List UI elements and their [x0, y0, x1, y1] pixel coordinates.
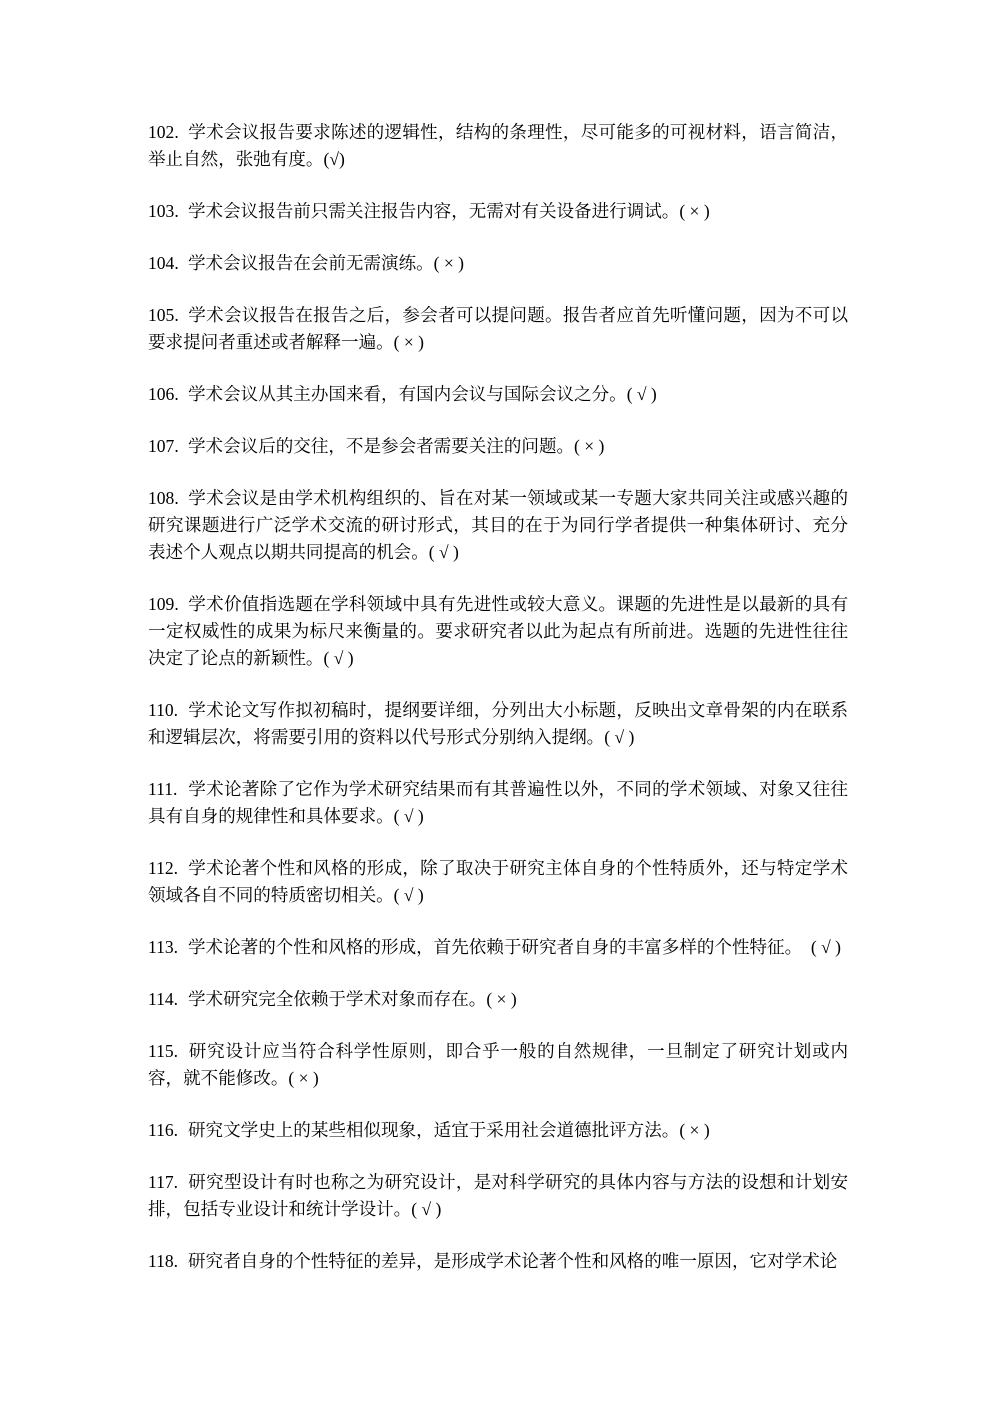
question-text: 学术论文写作拟初稿时，提纲要详细，分列出大小标题，反映出文章骨架的内在联系和逻辑…	[148, 700, 848, 747]
question-item-116: 116.研究文学史上的某些相似现象，适宜于采用社会道德批评方法。( × )	[148, 1117, 848, 1144]
answer-mark: ( √ )	[429, 542, 459, 562]
question-item-104: 104.学术会议报告在会前无需演练。( × )	[148, 250, 848, 277]
question-number: 107.	[148, 433, 188, 460]
question-number: 106.	[148, 381, 188, 408]
question-number: 113.	[148, 934, 188, 961]
question-item-109: 109.学术价值指选题在学科领域中具有先进性或较大意义。课题的先进性是以最新的具…	[148, 591, 848, 672]
question-number: 104.	[148, 250, 188, 277]
question-item-102: 102.学术会议报告要求陈述的逻辑性，结构的条理性，尽可能多的可视材料，语言简洁…	[148, 119, 848, 173]
answer-mark: ( × )	[394, 332, 424, 352]
question-item-118: 118.研究者自身的个性特征的差异，是形成学术论著个性和风格的唯一原因，它对学术…	[148, 1248, 848, 1275]
question-number: 114.	[148, 986, 188, 1013]
document-page: 102.学术会议报告要求陈述的逻辑性，结构的条理性，尽可能多的可视材料，语言简洁…	[148, 119, 848, 1275]
answer-mark: ( × )	[434, 253, 464, 273]
answer-mark: ( √ )	[627, 384, 657, 404]
question-text: 研究型设计有时也称之为研究设计，是对科学研究的具体内容与方法的设想和计划安排，包…	[148, 1172, 848, 1219]
question-text: 学术论著的个性和风格的形成，首先依赖于研究者自身的丰富多样的个性特征。	[188, 937, 793, 957]
question-item-103: 103.学术会议报告前只需关注报告内容，无需对有关设备进行调试。( × )	[148, 198, 848, 225]
question-text: 学术会议报告要求陈述的逻辑性，结构的条理性，尽可能多的可视材料，语言简洁，举止自…	[148, 122, 848, 169]
question-number: 115.	[148, 1038, 188, 1065]
question-text: 学术会议从其主办国来看，有国内会议与国际会议之分。	[188, 384, 627, 404]
answer-mark: ( × )	[486, 989, 516, 1009]
question-text: 学术会议是由学术机构组织的、旨在对某一领域或某一专题大家共同关注或感兴趣的研究课…	[148, 488, 848, 562]
question-text: 研究者自身的个性特征的差异，是形成学术论著个性和风格的唯一原因，它对学术论	[188, 1251, 837, 1271]
answer-mark: ( √ )	[411, 1199, 441, 1219]
answer-mark: ( × )	[679, 1120, 709, 1140]
question-item-115: 115.研究设计应当符合科学性原则，即合乎一般的自然规律，一旦制定了研究计划或内…	[148, 1038, 848, 1092]
question-text: 研究文学史上的某些相似现象，适宜于采用社会道德批评方法。	[188, 1120, 679, 1140]
question-item-105: 105.学术会议报告在报告之后，参会者可以提问题。报告者应首先听懂问题，因为不可…	[148, 302, 848, 356]
question-number: 102.	[148, 119, 188, 146]
question-item-107: 107.学术会议后的交往，不是参会者需要关注的问题。( × )	[148, 433, 848, 460]
question-item-111: 111.学术论著除了它作为学术研究结果而有其普遍性以外，不同的学术领域、对象又往…	[148, 776, 848, 830]
question-number: 116.	[148, 1117, 188, 1144]
question-text: 学术论著除了它作为学术研究结果而有其普遍性以外，不同的学术领域、对象又往往具有自…	[148, 779, 848, 826]
question-number: 105.	[148, 302, 188, 329]
question-number: 117.	[148, 1169, 188, 1196]
question-number: 112.	[148, 855, 188, 882]
question-item-114: 114.学术研究完全依赖于学术对象而存在。( × )	[148, 986, 848, 1013]
answer-mark: ( √ )	[394, 885, 424, 905]
question-number: 103.	[148, 198, 188, 225]
question-text: 学术会议报告前只需关注报告内容，无需对有关设备进行调试。	[188, 201, 679, 221]
question-text: 学术论著个性和风格的形成，除了取决于研究主体自身的个性特质外，还与特定学术领域各…	[148, 858, 848, 905]
answer-mark: ( × )	[679, 201, 709, 221]
question-text: 学术会议后的交往，不是参会者需要关注的问题。	[188, 436, 574, 456]
question-item-112: 112.学术论著个性和风格的形成，除了取决于研究主体自身的个性特质外，还与特定学…	[148, 855, 848, 909]
answer-mark: ( × )	[574, 436, 604, 456]
question-item-113: 113.学术论著的个性和风格的形成，首先依赖于研究者自身的丰富多样的个性特征。 …	[148, 934, 848, 961]
question-number: 111.	[148, 776, 188, 803]
question-text: 学术会议报告在会前无需演练。	[188, 253, 434, 273]
question-number: 118.	[148, 1248, 188, 1275]
question-text: 研究设计应当符合科学性原则，即合乎一般的自然规律，一旦制定了研究计划或内容，就不…	[148, 1041, 848, 1088]
question-number: 109.	[148, 591, 188, 618]
question-number: 108.	[148, 485, 188, 512]
question-item-106: 106.学术会议从其主办国来看，有国内会议与国际会议之分。( √ )	[148, 381, 848, 408]
answer-mark: (√)	[323, 149, 344, 169]
question-number: 110.	[148, 697, 188, 724]
answer-mark: ( √ )	[323, 648, 353, 668]
question-item-108: 108.学术会议是由学术机构组织的、旨在对某一领域或某一专题大家共同关注或感兴趣…	[148, 485, 848, 566]
question-text: 学术价值指选题在学科领域中具有先进性或较大意义。课题的先进性是以最新的具有一定权…	[148, 594, 848, 668]
answer-mark: ( × )	[288, 1068, 318, 1088]
question-text: 学术研究完全依赖于学术对象而存在。	[188, 989, 486, 1009]
question-item-110: 110.学术论文写作拟初稿时，提纲要详细，分列出大小标题，反映出文章骨架的内在联…	[148, 697, 848, 751]
question-text: 学术会议报告在报告之后，参会者可以提问题。报告者应首先听懂问题，因为不可以要求提…	[148, 305, 848, 352]
answer-mark: ( √ )	[394, 806, 424, 826]
answer-mark: ( √ )	[604, 727, 634, 747]
question-item-117: 117.研究型设计有时也称之为研究设计，是对科学研究的具体内容与方法的设想和计划…	[148, 1169, 848, 1223]
answer-mark: ( √ )	[793, 937, 841, 957]
